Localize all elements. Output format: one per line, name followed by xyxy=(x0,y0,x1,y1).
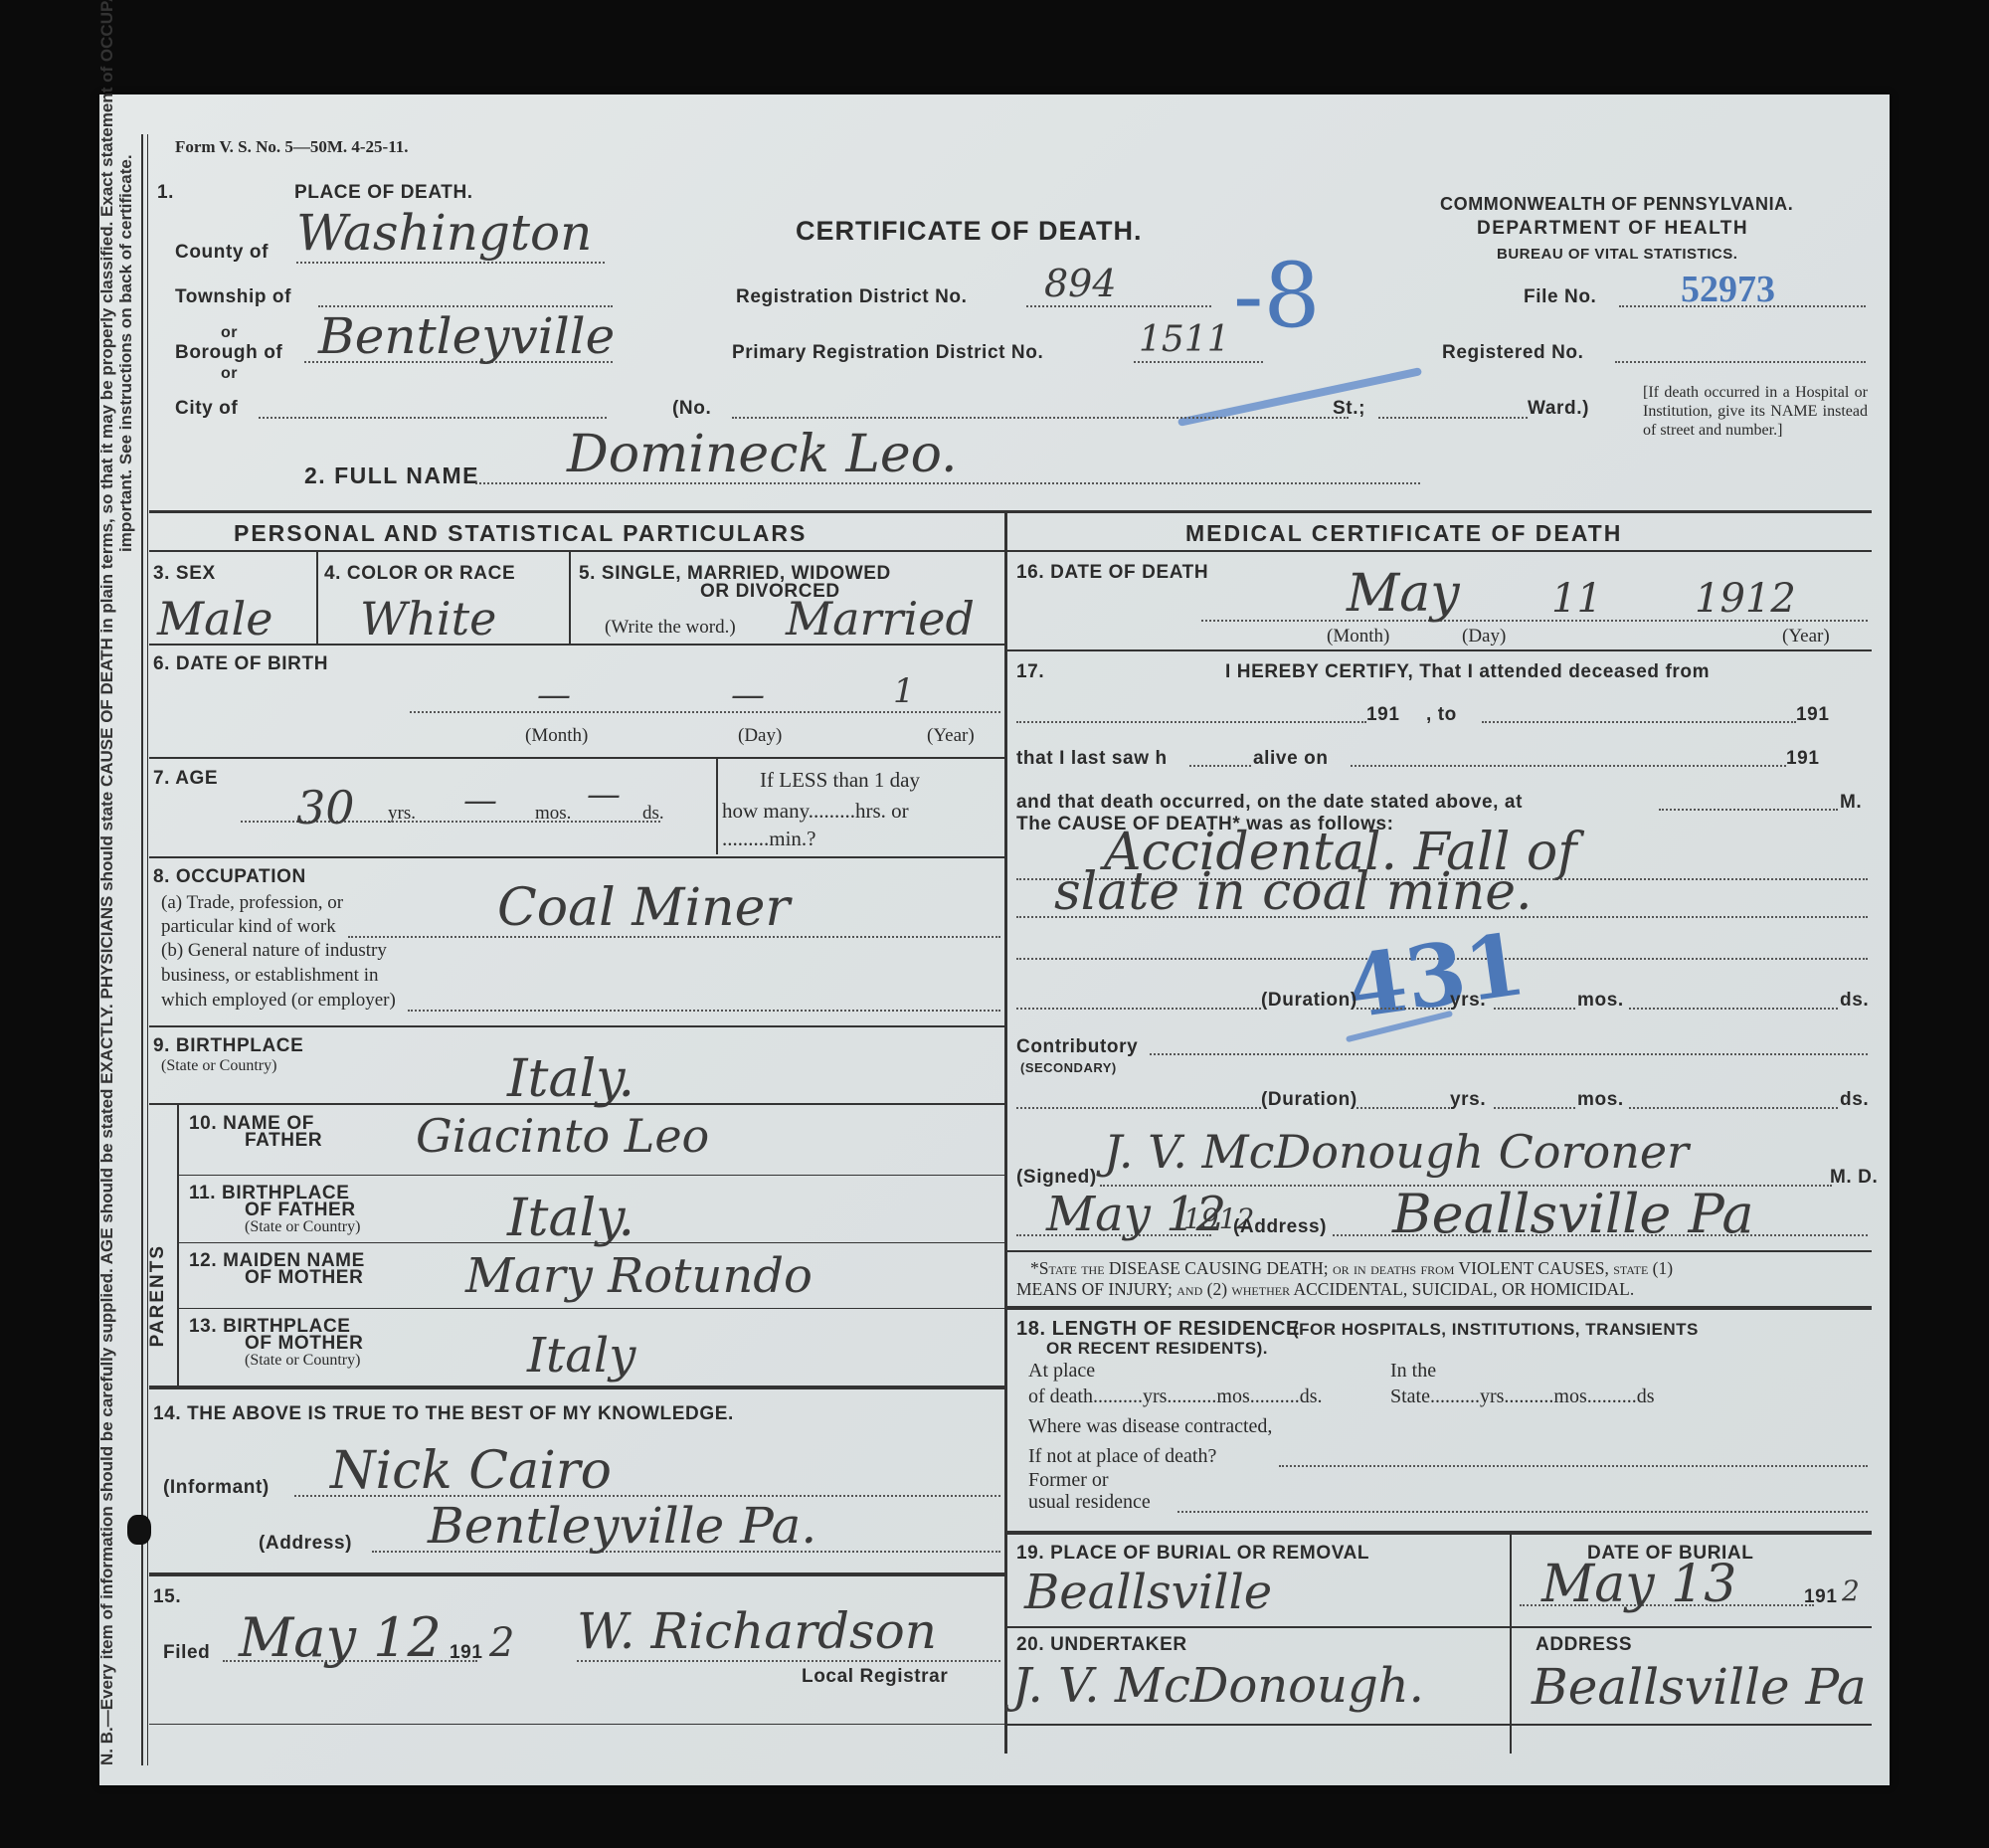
signed-address-label: (Address) xyxy=(1233,1216,1327,1238)
occupation-b-line xyxy=(408,1010,1000,1012)
former-residence-label-2: usual residence xyxy=(1028,1491,1151,1514)
last-saw-pronoun-line xyxy=(1189,765,1251,767)
md-label: M. D. xyxy=(1830,1167,1878,1189)
dob-line xyxy=(410,711,1000,713)
secondary-label: (SECONDARY) xyxy=(1020,1060,1117,1075)
agency-line-3: BUREAU OF VITAL STATISTICS. xyxy=(1497,246,1737,263)
marital-hint: (Write the word.) xyxy=(605,617,736,639)
burial-year-prefix: 191 xyxy=(1804,1586,1838,1608)
duration-mos-1: mos. xyxy=(1577,990,1624,1012)
burial-place-label: 19. PLACE OF BURIAL OR REMOVAL xyxy=(1016,1543,1369,1565)
rule-birthplace xyxy=(149,1025,1004,1027)
rule-filing xyxy=(149,1572,1004,1576)
place-of-death-heading: PLACE OF DEATH. xyxy=(294,182,473,204)
burial-date-value[interactable]: May 13 xyxy=(1541,1555,1736,1614)
parents-side-label: PARENTS xyxy=(147,1244,169,1347)
death-time-label: and that death occurred, on the date sta… xyxy=(1016,792,1523,814)
at-place-label-1: At place xyxy=(1028,1360,1095,1383)
rule-informant xyxy=(149,1386,1004,1389)
last-saw-label: that I last saw h xyxy=(1016,748,1168,770)
birthplace-hint: (State or Country) xyxy=(161,1057,276,1075)
rule-medical xyxy=(1006,550,1872,552)
registrar-label: Local Registrar xyxy=(802,1666,948,1688)
registered-number-line xyxy=(1615,361,1866,363)
dod-year-caption: (Year) xyxy=(1782,626,1830,647)
duration-ds-2: ds. xyxy=(1840,1089,1869,1111)
primary-district-value[interactable]: 1511 xyxy=(1139,319,1230,360)
city-label: City of xyxy=(175,398,238,420)
informant-label: (Informant) xyxy=(163,1477,270,1499)
undertaker-address-value[interactable]: Beallsville Pa xyxy=(1532,1658,1867,1716)
rule-bottom-left xyxy=(149,1724,1004,1725)
informant-address-label: (Address) xyxy=(259,1533,352,1555)
rule-age xyxy=(149,757,1004,759)
dod-month[interactable]: May xyxy=(1347,564,1460,624)
less-than-day-3: .........min.? xyxy=(722,827,816,851)
father-birthplace-hint: (State or Country) xyxy=(245,1218,360,1236)
registrar-signature[interactable]: W. Richardson xyxy=(577,1602,937,1660)
age-mos-unit: mos. xyxy=(535,803,571,825)
rule-dob xyxy=(149,644,1004,646)
parents-divider xyxy=(177,1103,179,1386)
certify-line-1: I HEREBY CERTIFY, That I attended deceas… xyxy=(1225,661,1710,683)
rule-personal xyxy=(149,550,1004,552)
ward-label: Ward.) xyxy=(1528,398,1589,420)
county-value[interactable]: Washington xyxy=(296,204,592,262)
race-value[interactable]: White xyxy=(360,592,496,646)
burial-place-value[interactable]: Beallsville xyxy=(1024,1565,1272,1620)
age-yrs-unit: yrs. xyxy=(388,803,416,825)
street-field-line xyxy=(732,417,1349,419)
sex-label: 3. SEX xyxy=(153,563,216,585)
filed-date-value[interactable]: May 12 xyxy=(239,1606,442,1669)
borough-value[interactable]: Bentleyville xyxy=(318,307,615,365)
burial-year-suffix[interactable]: 2 xyxy=(1842,1574,1860,1607)
rule-footnote xyxy=(1006,1250,1872,1252)
or-text-2: or xyxy=(221,365,238,383)
dod-month-caption: (Month) xyxy=(1327,626,1389,647)
form-number: Form V. S. No. 5—50M. 4-25-11. xyxy=(175,137,409,157)
duration-lead-line-1 xyxy=(1016,1008,1261,1010)
age-ds-unit: ds. xyxy=(642,803,664,825)
blue-annotation: -8 xyxy=(1233,244,1321,348)
race-marital-divider xyxy=(569,552,571,644)
certify-number: 17. xyxy=(1016,661,1044,683)
alive-on-label: alive on xyxy=(1253,748,1329,770)
undertaker-label: 20. UNDERTAKER xyxy=(1016,1634,1187,1656)
borough-label: Borough of xyxy=(175,342,282,364)
contributory-label: Contributory xyxy=(1016,1036,1138,1058)
filed-year-suffix[interactable]: 2 xyxy=(489,1620,514,1666)
registration-district-line xyxy=(1026,305,1211,307)
agency-line-1: COMMONWEALTH OF PENNSYLVANIA. xyxy=(1440,194,1793,215)
filed-year-prefix: 191 xyxy=(450,1642,483,1664)
duration-mos-2: mos. xyxy=(1577,1089,1624,1111)
undertaker-value[interactable]: J. V. McDonough. xyxy=(1012,1658,1424,1714)
birthplace-value[interactable]: Italy. xyxy=(507,1049,634,1109)
marital-value[interactable]: Married xyxy=(786,592,975,646)
dod-year[interactable]: 1912 xyxy=(1695,576,1796,622)
agency-line-2: DEPARTMENT OF HEALTH xyxy=(1477,218,1748,240)
dod-label: 16. DATE OF DEATH xyxy=(1016,562,1208,584)
personal-section-title: PERSONAL AND STATISTICAL PARTICULARS xyxy=(234,520,807,547)
duration-mos-line-1 xyxy=(1494,1008,1575,1010)
column-divider xyxy=(1004,510,1007,1754)
signed-value[interactable]: J. V. McDonough Coroner xyxy=(1104,1125,1689,1179)
ward-field-line xyxy=(1378,417,1528,419)
occupation-b-1: (b) General nature of industry xyxy=(161,940,387,962)
informant-statement: 14. THE ABOVE IS TRUE TO THE BEST OF MY … xyxy=(153,1403,734,1425)
county-label: County of xyxy=(175,242,269,264)
mother-birthplace-value[interactable]: Italy xyxy=(527,1328,635,1384)
duration-yrs-line-2 xyxy=(1356,1107,1450,1109)
footnote-line-1: *State the DISEASE CAUSING DEATH; or in … xyxy=(1030,1258,1673,1279)
contracted-line xyxy=(1279,1465,1868,1467)
sex-value[interactable]: Male xyxy=(157,592,272,646)
duration-label-1: (Duration) xyxy=(1261,990,1357,1012)
hospital-note: [If death occurred in a Hospital or Inst… xyxy=(1643,383,1868,440)
full-name-label: 2. FULL NAME xyxy=(304,462,479,489)
contributory-line xyxy=(1150,1053,1868,1055)
medical-section-title: MEDICAL CERTIFICATE OF DEATH xyxy=(1185,520,1622,547)
undertaker-address-label: ADDRESS xyxy=(1536,1634,1632,1656)
full-name-value[interactable]: Domineck Leo. xyxy=(567,425,958,484)
duration-yrs-1: yrs. xyxy=(1450,990,1486,1012)
rule-parents xyxy=(149,1103,1004,1105)
place-of-death-number: 1. xyxy=(157,182,174,204)
rule-bottom-right xyxy=(1006,1724,1872,1726)
race-label: 4. COLOR OR RACE xyxy=(324,563,515,585)
sidebar-instructions-line1: N. B.—Every item of information should b… xyxy=(97,154,117,1765)
father-birthplace-value[interactable]: Italy. xyxy=(507,1189,634,1248)
death-certificate: N. B.—Every item of information should b… xyxy=(99,94,1890,1785)
rule-burial xyxy=(1006,1531,1872,1535)
in-state-label-1: In the xyxy=(1390,1360,1436,1383)
rule-certify xyxy=(1006,649,1872,651)
rule-residence xyxy=(1006,1306,1872,1310)
mother-birthplace-hint: (State or Country) xyxy=(245,1352,360,1370)
duration-ds-1: ds. xyxy=(1840,990,1869,1012)
occupation-a-1: (a) Trade, profession, or xyxy=(161,892,343,914)
footnote-line-2: MEANS OF INJURY; and (2) whether ACCIDEN… xyxy=(1016,1279,1634,1300)
informant-address-value[interactable]: Bentleyville Pa. xyxy=(428,1497,816,1555)
duration-yrs-line-1 xyxy=(1356,1008,1450,1010)
death-time-meridiem: M. xyxy=(1840,792,1862,814)
file-number-value[interactable]: 52973 xyxy=(1681,268,1775,311)
residence-note-2: OR RECENT RESIDENTS). xyxy=(1046,1339,1268,1359)
dob-month[interactable]: — xyxy=(537,675,571,715)
signed-address-value[interactable]: Beallsville Pa xyxy=(1392,1183,1754,1245)
occupation-label: 8. OCCUPATION xyxy=(153,866,306,888)
occupation-b-2: business, or establishment in xyxy=(161,965,378,987)
registration-district-label: Registration District No. xyxy=(736,286,967,308)
filing-number: 15. xyxy=(153,1586,181,1608)
dob-year-caption: (Year) xyxy=(927,725,975,747)
dob-day[interactable]: — xyxy=(731,675,765,715)
death-time-line xyxy=(1659,809,1838,811)
birthplace-label: 9. BIRTHPLACE xyxy=(153,1035,303,1057)
alive-on-year: 191 xyxy=(1786,748,1820,770)
rule-undertaker xyxy=(1006,1626,1872,1628)
township-label: Township of xyxy=(175,286,291,308)
main-top-rule xyxy=(149,510,1872,513)
street-number-label: (No. xyxy=(672,398,711,420)
signed-label: (Signed) xyxy=(1016,1167,1097,1189)
father-name-label-2: FATHER xyxy=(245,1130,322,1152)
punch-hole-mark xyxy=(127,1515,151,1545)
attended-from-year: 191 xyxy=(1366,704,1400,726)
dob-year[interactable]: 1 xyxy=(893,671,915,711)
dob-label: 6. DATE OF BIRTH xyxy=(153,653,328,675)
county-field-line xyxy=(296,262,605,264)
less-than-day-1: If LESS than 1 day xyxy=(760,768,920,793)
contracted-label-1: Where was disease contracted, xyxy=(1028,1415,1272,1438)
mother-name-value[interactable]: Mary Rotundo xyxy=(465,1248,813,1304)
or-text-1: or xyxy=(221,324,238,342)
registration-district-value[interactable]: 894 xyxy=(1044,262,1117,305)
age-days[interactable]: — xyxy=(587,775,621,815)
informant-value[interactable]: Nick Cairo xyxy=(330,1441,612,1501)
rule-mother-birthplace xyxy=(179,1308,1004,1309)
in-state-label-2: State..........yrs..........mos.........… xyxy=(1390,1386,1655,1408)
primary-district-label: Primary Registration District No. xyxy=(732,342,1043,364)
duration-lead-line-2 xyxy=(1016,1107,1261,1109)
sex-race-divider xyxy=(316,552,318,644)
city-field-line xyxy=(259,417,607,419)
dob-day-caption: (Day) xyxy=(738,725,782,747)
duration-label-2: (Duration) xyxy=(1261,1089,1357,1111)
contracted-label-2: If not at place of death? xyxy=(1028,1445,1216,1468)
attended-to-label: , to xyxy=(1426,704,1457,726)
rule-occupation xyxy=(149,856,1004,858)
residence-note-1: (FOR HOSPITALS, INSTITUTIONS, TRANSIENTS xyxy=(1293,1320,1699,1340)
duration-ds-line-1 xyxy=(1629,1008,1838,1010)
dod-day-caption: (Day) xyxy=(1462,626,1506,647)
occupation-b-3: which employed (or employer) xyxy=(161,990,396,1012)
age-years[interactable]: 30 xyxy=(296,781,355,834)
former-residence-line xyxy=(1177,1511,1868,1513)
file-number-label: File No. xyxy=(1524,286,1596,308)
alive-on-line xyxy=(1351,765,1786,767)
age-months[interactable]: — xyxy=(463,781,497,821)
at-place-label-2: of death..........yrs..........mos......… xyxy=(1028,1386,1323,1408)
age-less-divider xyxy=(716,759,718,854)
rule-mother-name xyxy=(179,1242,1004,1243)
dob-month-caption: (Month) xyxy=(525,725,588,747)
burial-divider xyxy=(1510,1533,1512,1754)
rule-father-birthplace xyxy=(179,1175,1004,1176)
primary-district-line xyxy=(1134,361,1263,363)
dod-day[interactable]: 11 xyxy=(1551,576,1602,622)
registrar-line xyxy=(577,1660,1000,1662)
father-name-value[interactable]: Giacinto Leo xyxy=(416,1109,709,1163)
duration-ds-line-2 xyxy=(1629,1107,1838,1109)
attended-to-line xyxy=(1482,721,1796,723)
attended-to-year: 191 xyxy=(1796,704,1830,726)
residence-label: 18. LENGTH OF RESIDENCE xyxy=(1016,1318,1300,1341)
attended-from-line xyxy=(1016,721,1366,723)
cause-value-2[interactable]: slate in coal mine. xyxy=(1054,862,1533,922)
former-residence-label-1: Former or xyxy=(1028,1469,1109,1492)
duration-yrs-2: yrs. xyxy=(1450,1089,1486,1111)
filed-label: Filed xyxy=(163,1642,210,1664)
registered-number-label: Registered No. xyxy=(1442,342,1584,364)
occupation-value[interactable]: Coal Miner xyxy=(497,878,790,938)
occupation-a-2: particular kind of work xyxy=(161,916,336,938)
less-than-day-2: how many.........hrs. or xyxy=(722,799,909,824)
street-label: St.; xyxy=(1333,398,1365,420)
duration-mos-line-2 xyxy=(1494,1107,1575,1109)
mother-name-label-2: OF MOTHER xyxy=(245,1267,363,1289)
certificate-title: CERTIFICATE OF DEATH. xyxy=(796,216,1142,247)
age-label: 7. AGE xyxy=(153,768,218,790)
